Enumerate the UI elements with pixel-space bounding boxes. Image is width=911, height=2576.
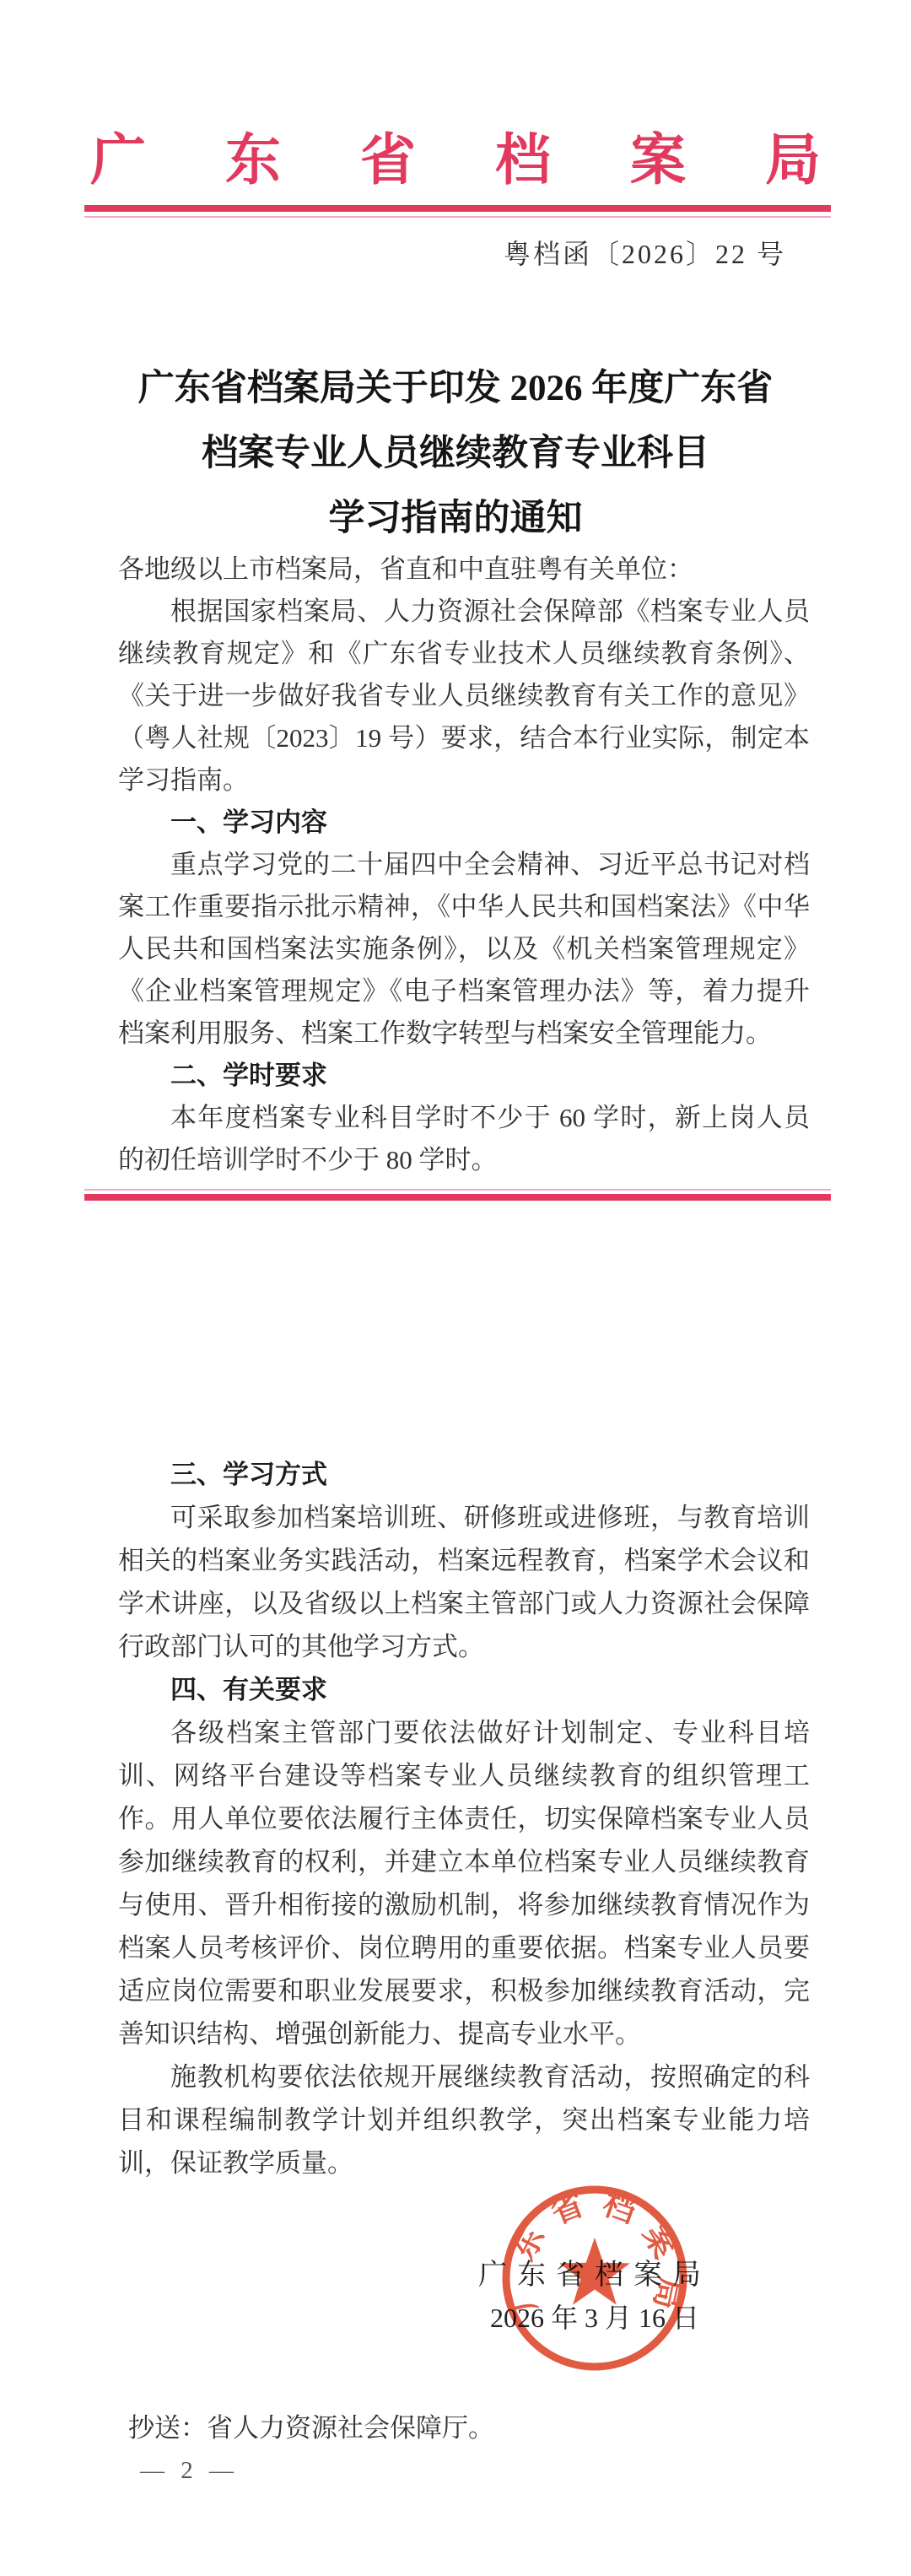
title-line-1: 广东省档案局关于印发 2026 年度广东省 [84,356,827,421]
paragraph-basis: 根据国家档案局、人力资源社会保障部《档案专业人员继续教育规定》和《广东省专业技术… [118,591,810,802]
paragraph-hours-requirement: 本年度档案专业科目学时不少于 60 学时，新上岗人员的初任培训学时不少于 80 … [118,1097,810,1181]
paragraph-study-content: 重点学习党的二十届四中全会精神、习近平总书记对档案工作重要指示批示精神，《中华人… [118,844,810,1055]
seal-star-icon [559,2238,630,2305]
salutation-line: 各地级以上市档案局，省直和中直驻粤有关单位： [118,548,810,591]
document-title: 广东省档案局关于印发 2026 年度广东省 档案专业人员继续教育专业科目 学习指… [84,356,827,551]
section-heading-3: 三、学习方式 [118,1453,810,1496]
section-heading-4: 四、有关要求 [118,1668,810,1711]
letterhead-agency-name: 广东省档案局 [90,115,900,195]
section-heading-1: 一、学习内容 [118,802,810,844]
title-line-2: 档案专业人员继续教育专业科目 [84,421,827,486]
pagebreak-rule-thin [84,1189,831,1191]
cc-line: 抄送：省人力资源社会保障厅。 [128,2406,494,2444]
letterhead-rule-thick [84,205,831,212]
letterhead-rule-thin [84,216,831,218]
pagebreak-rule-thick [84,1194,831,1201]
paragraph-institutions: 施教机构要依法依规开展继续教育活动，按照确定的科目和课程编制教学计划并组织教学，… [118,2055,810,2184]
paragraph-study-methods: 可采取参加档案培训班、研修班或进修班，与教育培训相关的档案业务实践活动，档案远程… [118,1496,810,1668]
title-line-3: 学习指南的通知 [84,486,827,551]
official-document-page: 广东省档案局 粤档函〔2026〕22 号 广东省档案局关于印发 2026 年度广… [0,0,911,2576]
official-seal: 广东省档案局 [493,2177,696,2379]
page1-body: 各地级以上市档案局，省直和中直驻粤有关单位： 根据国家档案局、人力资源社会保障部… [118,548,810,1181]
page2-body: 三、学习方式 可采取参加档案培训班、研修班或进修班，与教育培训相关的档案业务实践… [118,1453,810,2184]
section-heading-2: 二、学时要求 [118,1055,810,1097]
paragraph-requirements: 各级档案主管部门要依法做好计划制定、专业科目培训、网络平台建设等档案专业人员继续… [118,1711,810,2055]
page-number: — 2 — [140,2457,239,2485]
document-number: 粤档函〔2026〕22 号 [504,233,786,272]
